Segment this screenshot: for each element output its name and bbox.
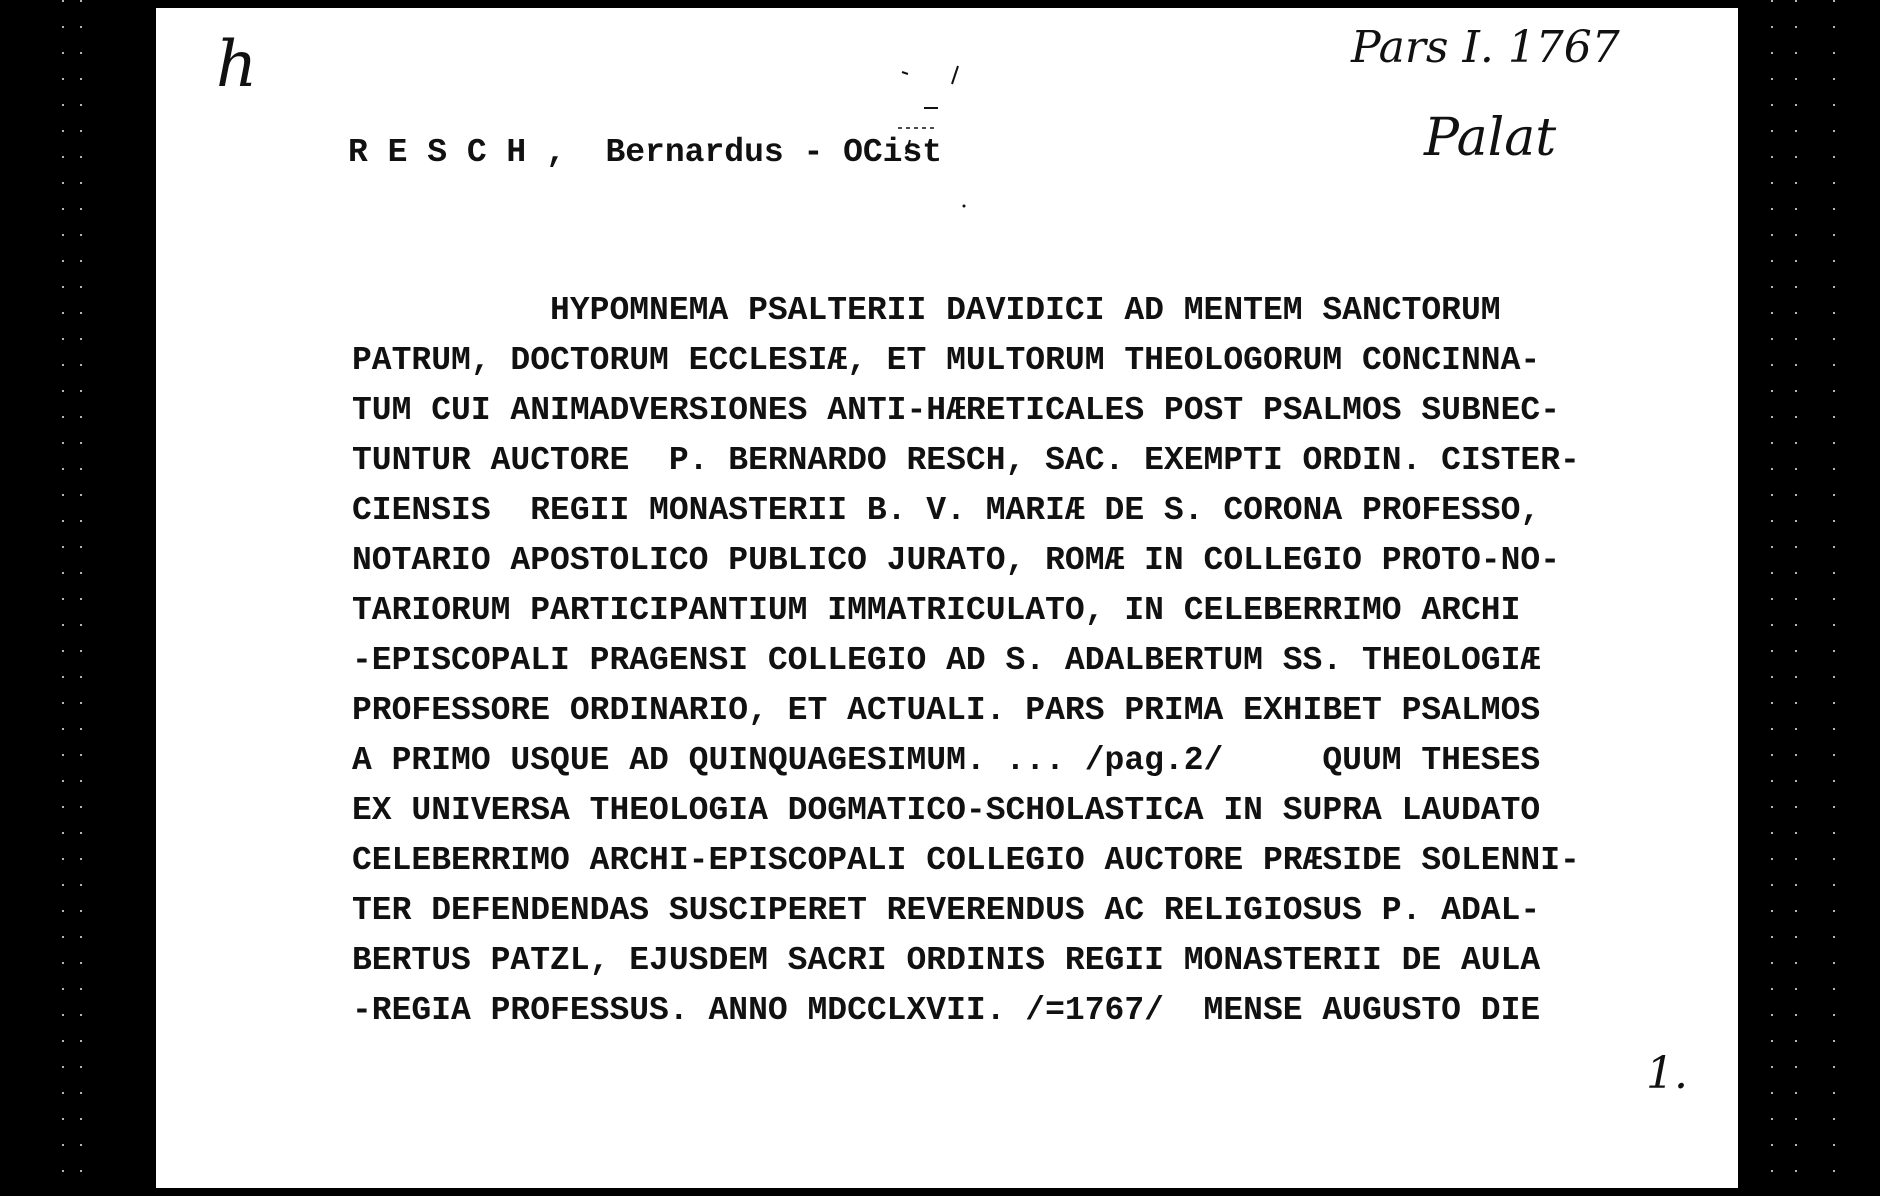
body-line: NOTARIO APOSTOLICO PUBLICO JURATO, ROMÆ …: [352, 536, 1580, 586]
body-line: EX UNIVERSA THEOLOGIA DOGMATICO-SCHOLAST…: [352, 786, 1580, 836]
body-line: -REGIA PROFESSUS. ANNO MDCCLXVII. /=1767…: [352, 986, 1580, 1036]
scan-artifact-right-2: [1795, 0, 1797, 1196]
handwritten-part-year: Pars I. 1767: [1351, 22, 1620, 73]
body-line: TARIORUM PARTICIPANTIUM IMMATRICULATO, I…: [352, 586, 1580, 636]
body-line: TER DEFENDENDAS SUSCIPERET REVERENDUS AC…: [352, 886, 1580, 936]
handwritten-page-number: 1.: [1646, 1048, 1688, 1099]
catalog-card: h Pars I. 1767 Palat R E S C H , Bernard…: [156, 8, 1738, 1188]
body-line: PROFESSORE ORDINARIO, ET ACTUALI. PARS P…: [352, 686, 1580, 736]
body-line: BERTUS PATZL, EJUSDEM SACRI ORDINIS REGI…: [352, 936, 1580, 986]
handwritten-corner-mark: h: [216, 28, 257, 102]
card-heading: R E S C H , Bernardus - OCist: [348, 134, 942, 171]
body-line: HYPOMNEMA PSALTERII DAVIDICI AD MENTEM S…: [352, 286, 1580, 336]
ink-specks: [896, 28, 1016, 228]
body-line: A PRIMO USQUE AD QUINQUAGESIMUM. ... /pa…: [352, 736, 1580, 786]
scan-artifact-left-1: [62, 0, 64, 1196]
scan-artifact-left-2: [80, 0, 82, 1196]
body-line: TUNTUR AUCTORE P. BERNARDO RESCH, SAC. E…: [352, 436, 1580, 486]
body-line: PATRUM, DOCTORUM ECCLESIÆ, ET MULTORUM T…: [352, 336, 1580, 386]
handwritten-location: Palat: [1424, 108, 1556, 168]
scan-artifact-right-3: [1833, 0, 1835, 1196]
body-line: CELEBERRIMO ARCHI-EPISCOPALI COLLEGIO AU…: [352, 836, 1580, 886]
body-line: CIENSIS REGII MONASTERII B. V. MARIÆ DE …: [352, 486, 1580, 536]
card-body: HYPOMNEMA PSALTERII DAVIDICI AD MENTEM S…: [352, 286, 1580, 1036]
scan-artifact-right-1: [1771, 0, 1773, 1196]
body-line: -EPISCOPALI PRAGENSI COLLEGIO AD S. ADAL…: [352, 636, 1580, 686]
body-line: TUM CUI ANIMADVERSIONES ANTI-HÆRETICALES…: [352, 386, 1580, 436]
